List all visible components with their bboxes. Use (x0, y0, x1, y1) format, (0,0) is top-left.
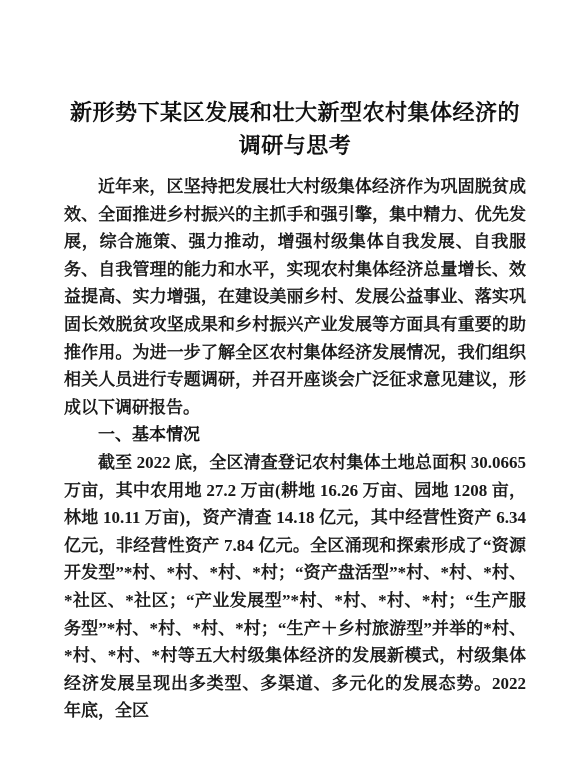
intro-paragraph: 近年来，区坚持把发展壮大村级集体经济作为巩固脱贫成效、全面推进乡村振兴的主抓手和… (64, 173, 526, 421)
document-title: 新形势下某区发展和壮大新型农村集体经济的调研与思考 (64, 96, 526, 162)
document-page: 新形势下某区发展和壮大新型农村集体经济的调研与思考 近年来，区坚持把发展壮大村级… (0, 0, 586, 759)
section1-heading: 一、基本情况 (64, 421, 526, 449)
section1-paragraph: 截至 2022 底，全区清查登记农村集体土地总面积 30.0665 万亩，其中农… (64, 449, 526, 725)
